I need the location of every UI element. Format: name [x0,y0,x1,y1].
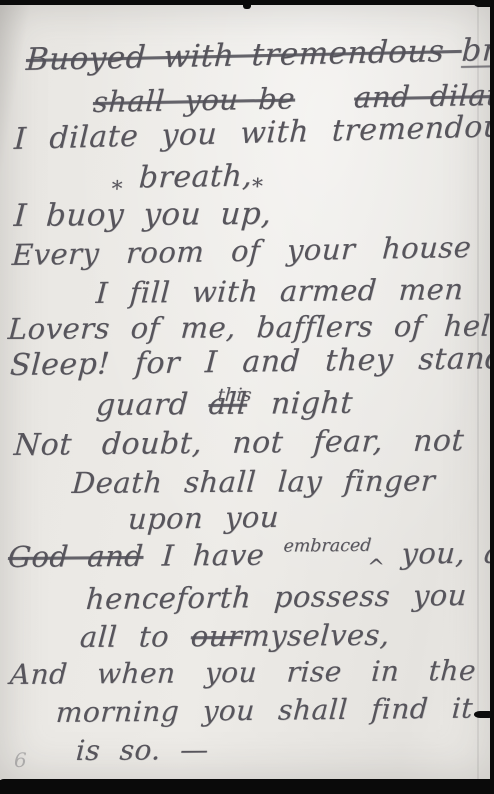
handwritten-text: is so. — [75,733,210,767]
scanned-manuscript-page: Buoyed with tremendous breathshall you b… [0,0,494,794]
handwritten-text: upon you [127,500,280,536]
binder-tab-icon [474,711,491,718]
handwritten-text: And when you rise in the [9,654,477,691]
binder-tab-icon [474,0,491,7]
notebook-paper: Buoyed with tremendous breathshall you b… [0,4,491,780]
handwritten-text: Not doubt, not fear, not [13,423,465,463]
line-i-buoy: I buoy you up, [13,196,273,234]
line-morning: morning you shall find it [55,692,474,729]
scan-border-bottom [0,779,494,794]
handwritten-text: breath, [122,159,253,196]
line-god-and: God and I have embraced^ you, and [7,535,494,574]
handwritten-text: Sleep! for I and they stand [9,341,494,383]
line-breath: * breath,* [111,158,264,196]
line-death: Death shall lay finger [71,463,436,500]
line-buoyed: Buoyed with tremendous breath [25,31,494,78]
handwritten-text: night [250,386,354,422]
line-every-room: Every room of your house do [11,229,494,272]
line-guard: guard allthis night [95,386,354,423]
caret-mark: ^ [366,555,385,579]
line-i-fill: I fill with armed men [95,272,465,310]
inserted-text: embraced [283,536,372,557]
handwritten-text: I buoy you up, [13,196,273,234]
page-number: 6 [14,748,27,772]
handwritten-text: myselves, [241,618,390,653]
struck-text: shall you be [92,81,296,119]
handwritten-text: you, and [382,535,494,570]
struck-text: and dilated [353,77,494,114]
line-lovers: Lovers of me, bafflers of hell, [7,308,494,346]
scan-border-right [490,0,494,794]
handwritten-text: I have [142,538,284,573]
struck-text: Buoyed with tremendous [25,33,462,78]
handwritten-text: I dilate you with tremendous [13,109,494,157]
handwritten-text: morning you shall find it [55,692,474,729]
line-all-to: all to ourmyselves, [79,618,391,654]
line-sleep: Sleep! for I and they stand [9,341,494,383]
handwritten-text: Lovers of me, bafflers of hell, [7,308,494,346]
handwritten-text: henceforth possess you [85,578,468,616]
struck-text: God and [7,539,145,574]
manuscript-text: Buoyed with tremendous breathshall you b… [0,4,491,780]
line-not-doubt: Not doubt, not fear, not [13,423,465,463]
handwritten-text: I fill with armed men [95,272,465,310]
line-is-so: is so. — [75,733,210,767]
line-and-when: And when you rise in the [9,654,477,691]
inserted-text: this [217,384,252,405]
handwritten-text [294,80,355,115]
line-upon-you: upon you [127,500,280,536]
handwritten-text: guard [95,387,210,423]
handwritten-text: all to [79,619,192,654]
scan-border-notch [243,0,251,9]
line-henceforth: henceforth possess you [85,578,468,616]
struck-text: our [190,619,244,653]
handwritten-text: Death shall lay finger [71,463,436,500]
handwritten-text: Every room of your house do [11,229,494,272]
line-i-dilate: I dilate you with tremendous [13,109,494,157]
